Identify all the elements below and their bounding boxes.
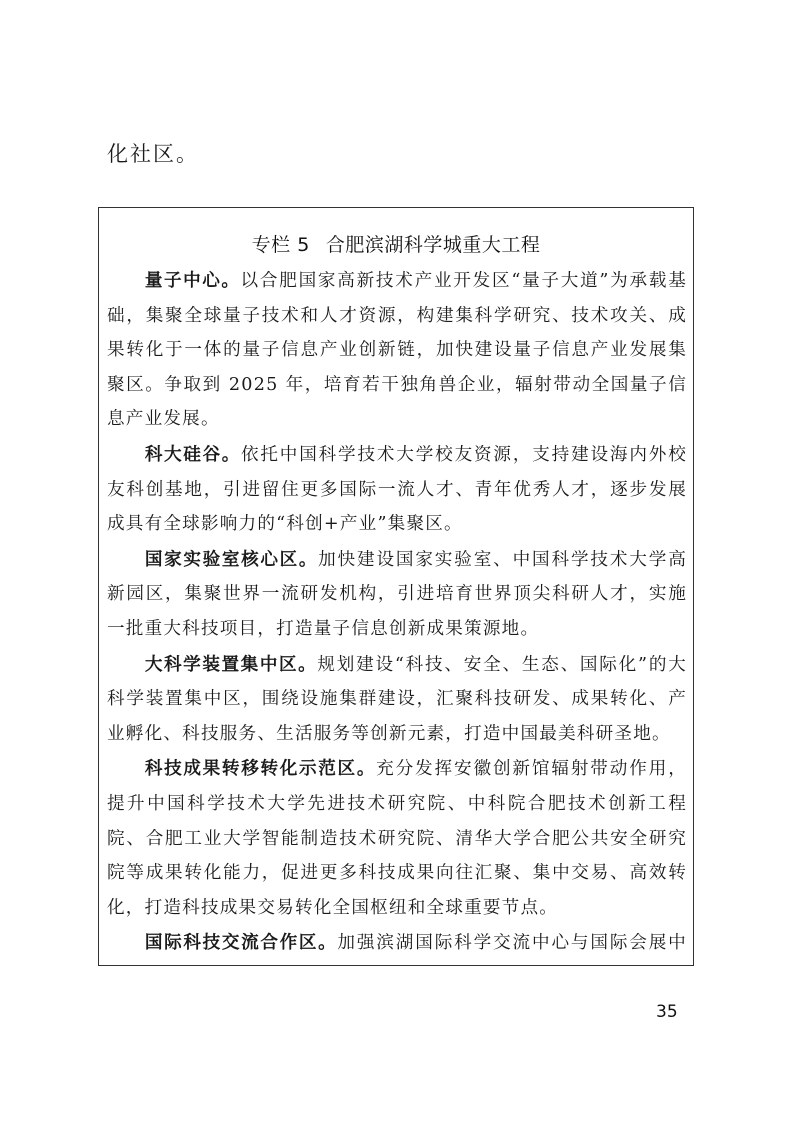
box-body: 量子中心。以合肥国家高新技术产业开发区“量子大道”为承载基础，集聚全球量子技术和… — [107, 264, 687, 966]
paragraph-body: 以合肥国家高新技术产业开发区“量子大道”为承载基础，集聚全球量子技术和人才资源，… — [107, 271, 687, 429]
paragraph-heading: 国家实验室核心区。 — [145, 549, 318, 570]
continued-paragraph-text: 化社区。 — [107, 138, 199, 168]
paragraph-large-facility-zone: 大科学装置集中区。规划建设“科技、安全、生态、国际化”的大科学装置集中区，围绕设… — [107, 648, 687, 752]
page-number: 35 — [656, 1002, 678, 1022]
paragraph-heading: 科技成果转移转化示范区。 — [145, 758, 376, 779]
paragraph-international-cooperation-zone: 国际科技交流合作区。加强滨湖国际科学交流中心与国际会展中心等协同联动，常态化举办… — [107, 926, 687, 966]
paragraph-ustc-silicon-valley: 科大硅谷。依托中国科学技术大学校友资源，支持建设海内外校友科创基地，引进留住更多… — [107, 438, 687, 542]
paragraph-body: 充分发挥安徽创新馆辐射带动作用，提升中国科学技术大学先进技术研究院、中科院合肥技… — [107, 759, 687, 917]
box-title-text: 合肥滨湖科学城重大工程 — [326, 234, 541, 256]
paragraph-quantum-center: 量子中心。以合肥国家高新技术产业开发区“量子大道”为承载基础，集聚全球量子技术和… — [107, 264, 687, 437]
paragraph-tech-transfer-zone: 科技成果转移转化示范区。充分发挥安徽创新馆辐射带动作用，提升中国科学技术大学先进… — [107, 752, 687, 925]
paragraph-heading: 国际科技交流合作区。 — [145, 932, 338, 953]
paragraph-heading: 科大硅谷。 — [145, 444, 241, 465]
box-label: 专栏 5 — [252, 234, 310, 256]
box-title: 专栏 5合肥滨湖科学城重大工程 — [99, 230, 693, 257]
paragraph-heading: 量子中心。 — [145, 270, 241, 291]
paragraph-heading: 大科学装置集中区。 — [145, 654, 318, 675]
feature-box-column-5: 专栏 5合肥滨湖科学城重大工程 量子中心。以合肥国家高新技术产业开发区“量子大道… — [98, 207, 694, 966]
paragraph-national-lab-core: 国家实验室核心区。加快建设国家实验室、中国科学技术大学高新园区，集聚世界一流研发… — [107, 543, 687, 647]
